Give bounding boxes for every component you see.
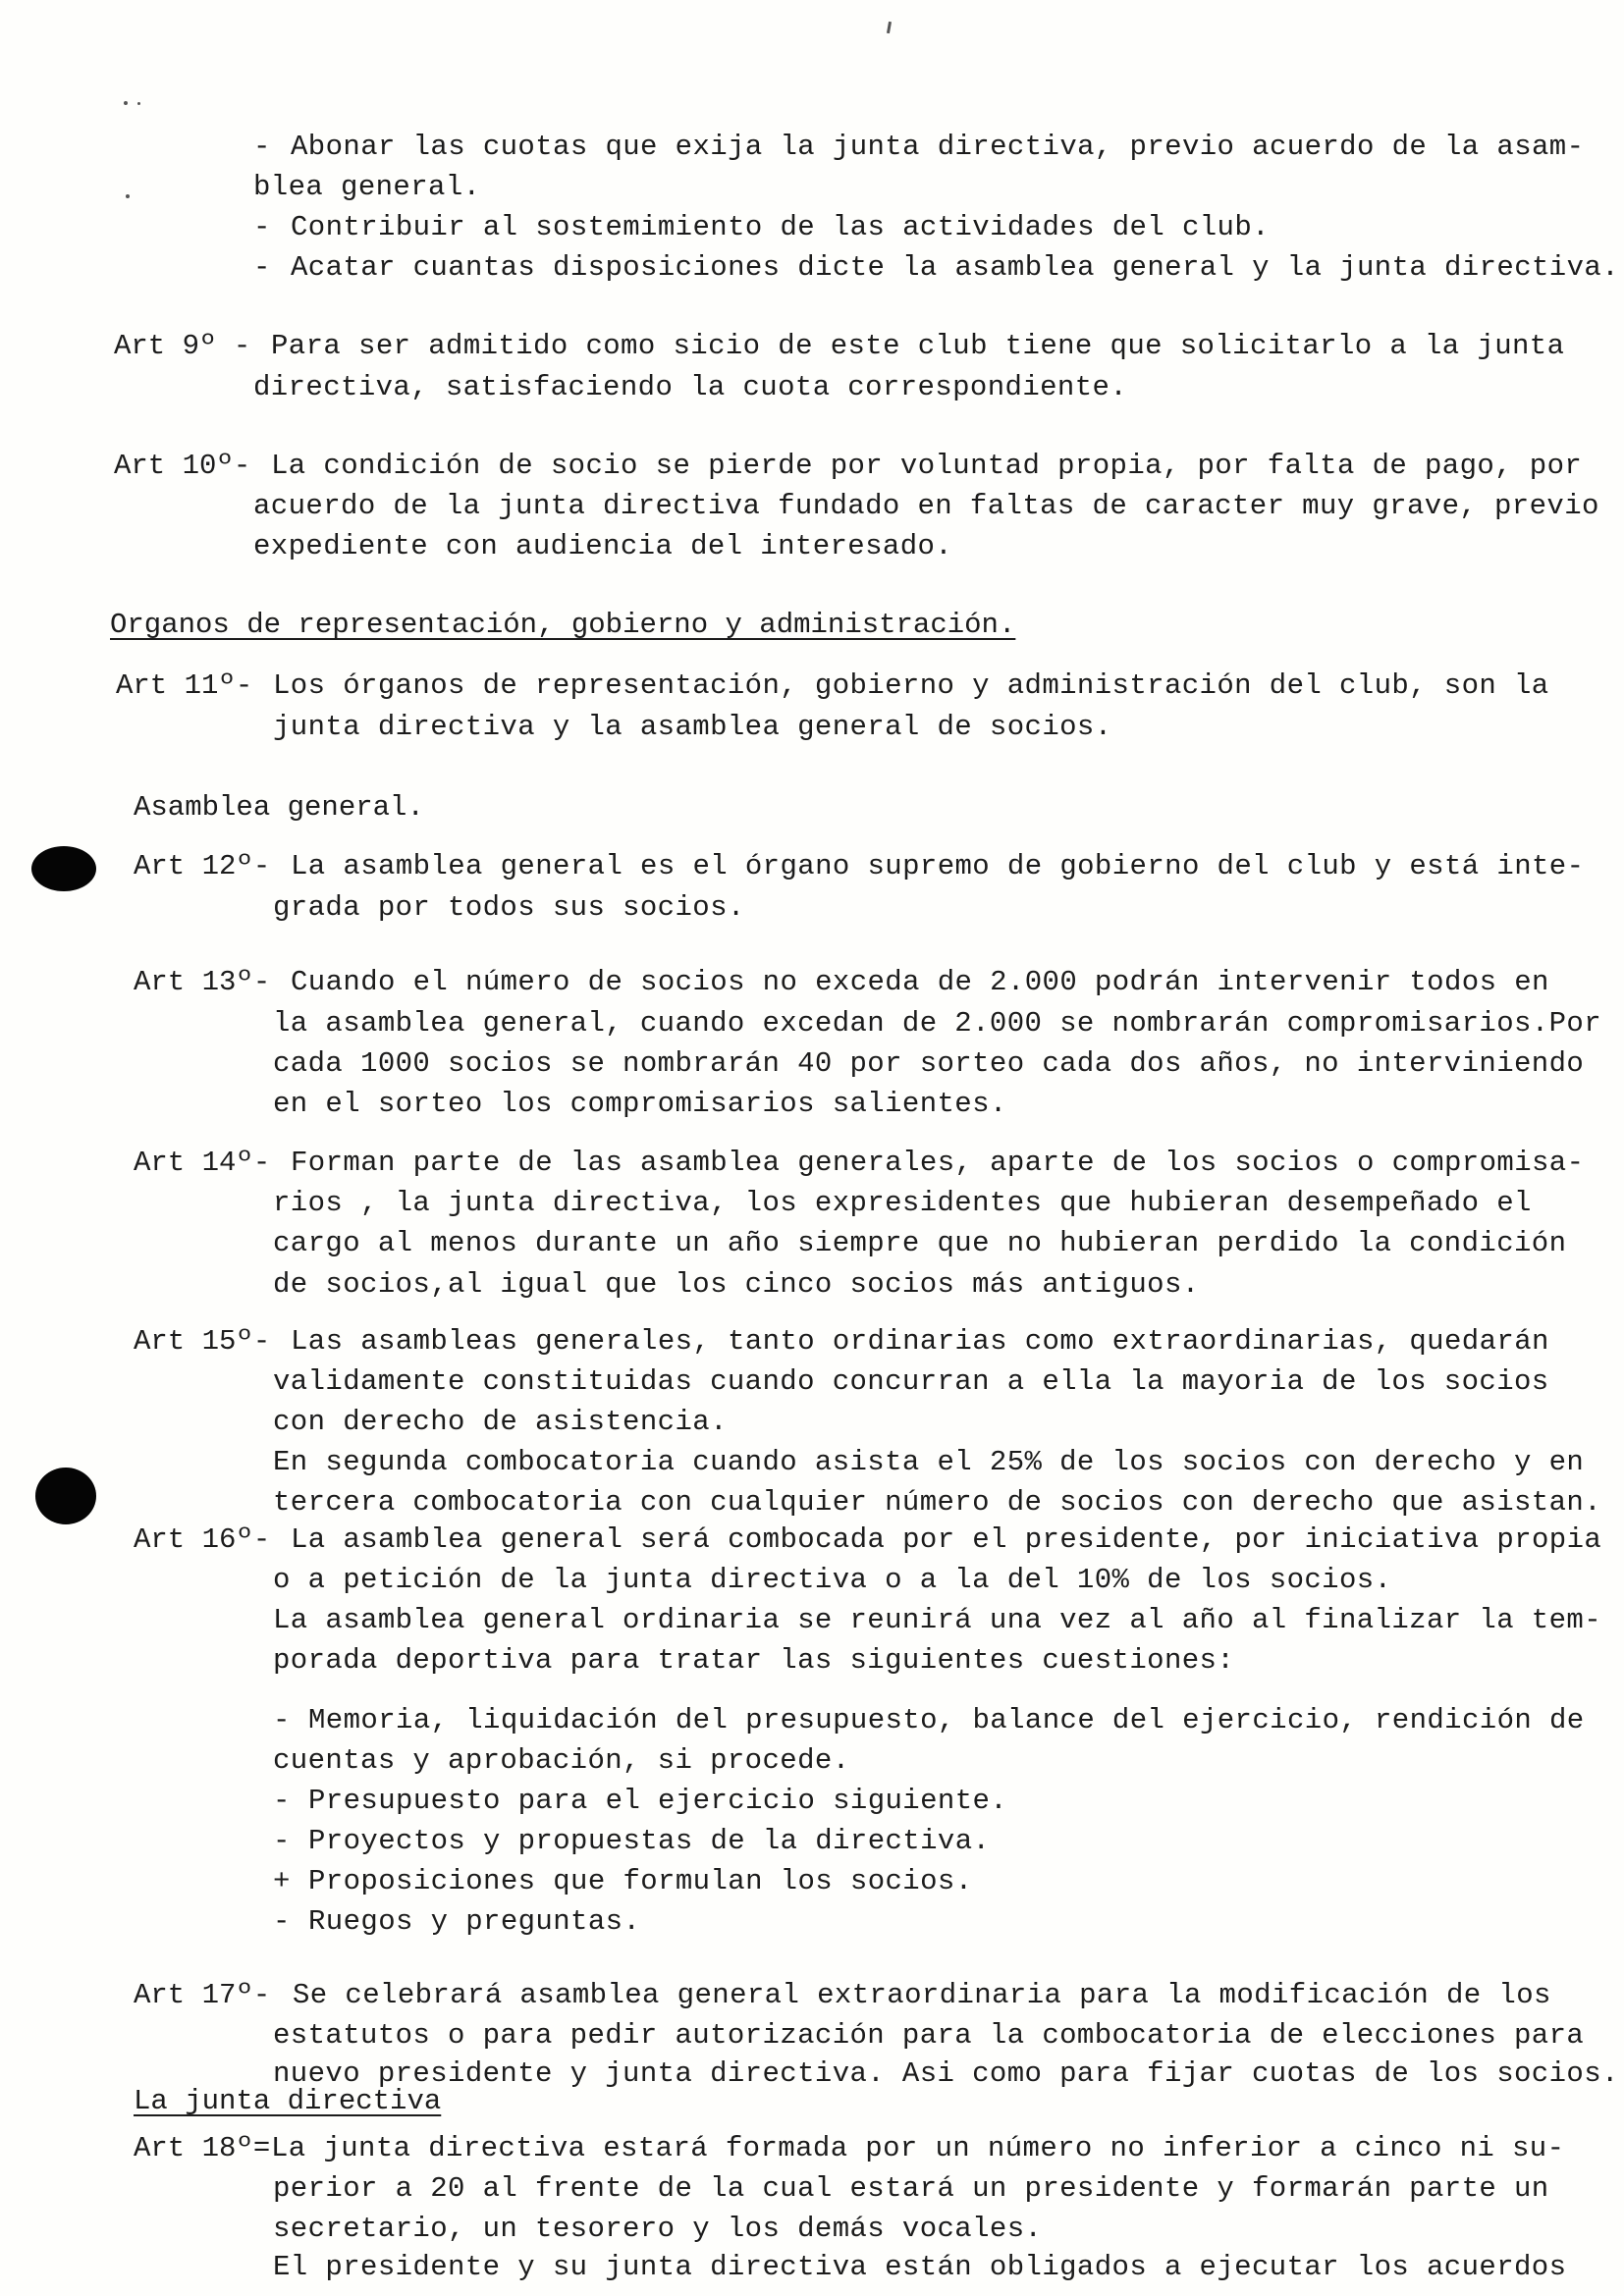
list-item: cuentas y aprobación, si procede.: [273, 1744, 850, 1778]
article-text: La asamblea general ordinaria se reunirá…: [273, 1604, 1601, 1637]
stray-mark: [124, 101, 128, 105]
section-heading-junta: La junta directiva: [134, 2085, 441, 2118]
article-text: la asamblea general, cuando excedan de 2…: [273, 1007, 1601, 1041]
article-text: cada 1000 socios se nombrarán 40 por sor…: [273, 1047, 1584, 1081]
list-item: Memoria, liquidación del presupuesto, ba…: [308, 1704, 1585, 1737]
article-text: expediente con audiencia del interesado.: [253, 530, 952, 563]
section-heading-organos: Organos de representación, gobierno y ad…: [110, 609, 1015, 642]
article-label-9: Art 9º -: [114, 330, 250, 363]
article-text: Se celebrará asamblea general extraordin…: [293, 1979, 1551, 2012]
article-text: nuevo presidente y junta directiva. Asi …: [273, 2057, 1619, 2091]
list-item: Proposiciones que formulan los socios.: [308, 1865, 973, 1898]
article-text: grada por todos sus socios.: [273, 891, 745, 925]
article-text: La condición de socio se pierde por volu…: [271, 450, 1582, 483]
document-page: - Abonar las cuotas que exija la junta d…: [0, 0, 1624, 2296]
article-text: Para ser admitido como sicio de este clu…: [271, 330, 1564, 363]
article-label-18: Art 18º=: [134, 2132, 270, 2165]
article-label-14: Art 14º-: [134, 1147, 270, 1180]
list-item-bullet: +: [273, 1865, 291, 1898]
stray-mark: [887, 22, 892, 33]
article-label-10: Art 10º-: [114, 450, 250, 483]
article-label-17: Art 17º-: [134, 1979, 270, 2012]
article-label-13: Art 13º-: [134, 966, 270, 999]
stray-mark: [126, 194, 130, 198]
list-item-bullet: -: [273, 1704, 291, 1737]
list-item-bullet: -: [273, 1825, 291, 1858]
article-text: La junta directiva estará formada por un…: [271, 2132, 1564, 2165]
list-item: Ruegos y preguntas.: [308, 1905, 640, 1939]
list-item-bullet: -: [273, 1785, 291, 1818]
list-item-bullet: -: [253, 251, 271, 285]
stray-mark: [137, 102, 140, 105]
article-text: acuerdo de la junta directiva fundado en…: [253, 490, 1599, 523]
ink-blot: [35, 1468, 96, 1524]
article-text: perior a 20 al frente de la cual estará …: [273, 2172, 1549, 2206]
ink-blot: [31, 846, 96, 891]
list-item: Proyectos y propuestas de la directiva.: [308, 1825, 990, 1858]
article-text: La asamblea general es el órgano supremo…: [291, 850, 1584, 883]
article-text: cargo al menos durante un año siempre qu…: [273, 1227, 1566, 1260]
article-text: En segunda combocatoria cuando asista el…: [273, 1446, 1584, 1479]
article-text: Forman parte de las asamblea generales, …: [291, 1147, 1584, 1180]
list-item: Acatar cuantas disposiciones dicte la as…: [291, 251, 1619, 285]
article-text: junta directiva y la asamblea general de…: [273, 711, 1112, 744]
article-text: Los órganos de representación, gobierno …: [273, 669, 1549, 703]
list-item: Abonar las cuotas que exija la junta dir…: [291, 131, 1584, 164]
article-text: directiva, satisfaciendo la cuota corres…: [253, 371, 1127, 404]
article-text: La asamblea general será combocada por e…: [291, 1523, 1601, 1557]
list-item: blea general.: [253, 171, 480, 204]
article-text: Las asambleas generales, tanto ordinaria…: [291, 1325, 1549, 1359]
article-text: rios , la junta directiva, los expreside…: [273, 1187, 1532, 1220]
article-text: de socios,al igual que los cinco socios …: [273, 1268, 1200, 1302]
article-label-11: Art 11º-: [116, 669, 252, 703]
article-text: El presidente y su junta directiva están…: [273, 2251, 1566, 2284]
list-item: Presupuesto para el ejercicio siguiente.: [308, 1785, 1007, 1818]
article-text: porada deportiva para tratar las siguien…: [273, 1644, 1234, 1678]
list-item-bullet: -: [273, 1905, 291, 1939]
article-text: con derecho de asistencia.: [273, 1406, 728, 1439]
article-text: estatutos o para pedir autorización para…: [273, 2019, 1584, 2053]
list-item-bullet: -: [253, 211, 271, 244]
article-text: secretario, un tesorero y los demás voca…: [273, 2213, 1042, 2246]
article-label-16: Art 16º-: [134, 1523, 270, 1557]
article-text: tercera combocatoria con cualquier númer…: [273, 1486, 1601, 1520]
list-item: Contribuir al sostemimiento de las activ…: [291, 211, 1270, 244]
article-text: en el sorteo los compromisarios saliente…: [273, 1088, 1007, 1121]
article-text: o a petición de la junta directiva o a l…: [273, 1564, 1391, 1597]
list-item-bullet: -: [253, 131, 271, 164]
article-text: validamente constituidas cuando concurra…: [273, 1365, 1549, 1399]
section-heading-asamblea: Asamblea general.: [134, 791, 424, 825]
article-text: Cuando el número de socios no exceda de …: [291, 966, 1549, 999]
article-label-15: Art 15º-: [134, 1325, 270, 1359]
article-label-12: Art 12º-: [134, 850, 270, 883]
